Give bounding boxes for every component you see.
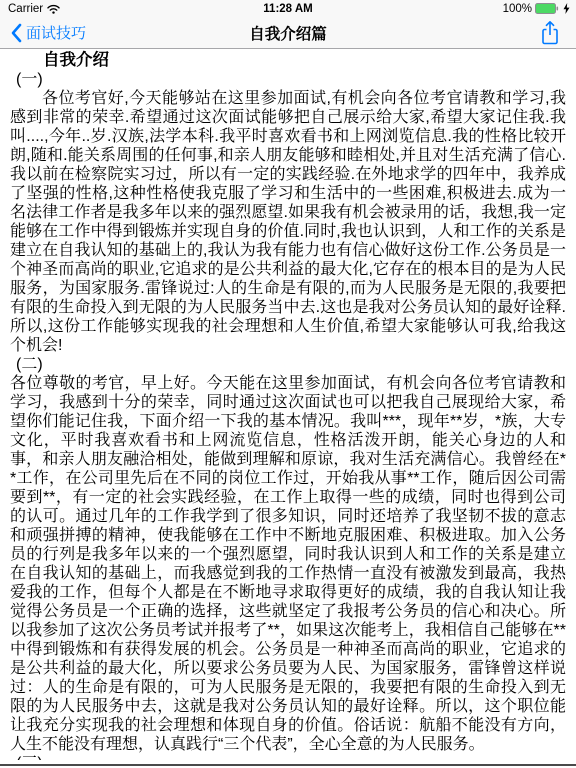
- section-3-label: (三): [10, 754, 566, 760]
- section-1-text: 各位考官好,今天能够站在这里参加面试,有机会向各位考官请教和学习,我感到非常的荣…: [10, 89, 566, 355]
- share-icon: [540, 20, 560, 46]
- article-heading: 自我介绍: [10, 51, 566, 70]
- back-button[interactable]: 面试技巧: [10, 17, 86, 48]
- bottom-banner-edge: [0, 764, 576, 766]
- share-button[interactable]: [540, 20, 560, 46]
- app-screen: Carrier 11:28 AM 100%: [0, 0, 576, 768]
- clock: 11:28 AM: [263, 3, 312, 15]
- wifi-icon: [47, 4, 60, 14]
- nav-bar: 自我介绍篇 面试技巧: [0, 17, 576, 49]
- page-title: 自我介绍篇: [0, 17, 576, 48]
- back-button-label: 面试技巧: [26, 22, 86, 43]
- status-bar: Carrier 11:28 AM 100%: [0, 0, 576, 17]
- section-2-label: (二): [10, 355, 566, 374]
- battery-icon: [535, 3, 560, 14]
- battery-percent-label: 100%: [503, 3, 532, 15]
- section-1-label: (一): [10, 70, 566, 89]
- charging-bolt-icon: [563, 3, 570, 14]
- carrier-label: Carrier: [8, 3, 43, 15]
- section-2-text: 各位尊敬的考官，早上好。今天能在这里参加面试，有机会向各位考官请教和学习，我感到…: [10, 374, 566, 754]
- article-content[interactable]: 自我介绍 (一) 各位考官好,今天能够站在这里参加面试,有机会向各位考官请教和学…: [0, 48, 576, 760]
- back-chevron-icon: [10, 23, 22, 43]
